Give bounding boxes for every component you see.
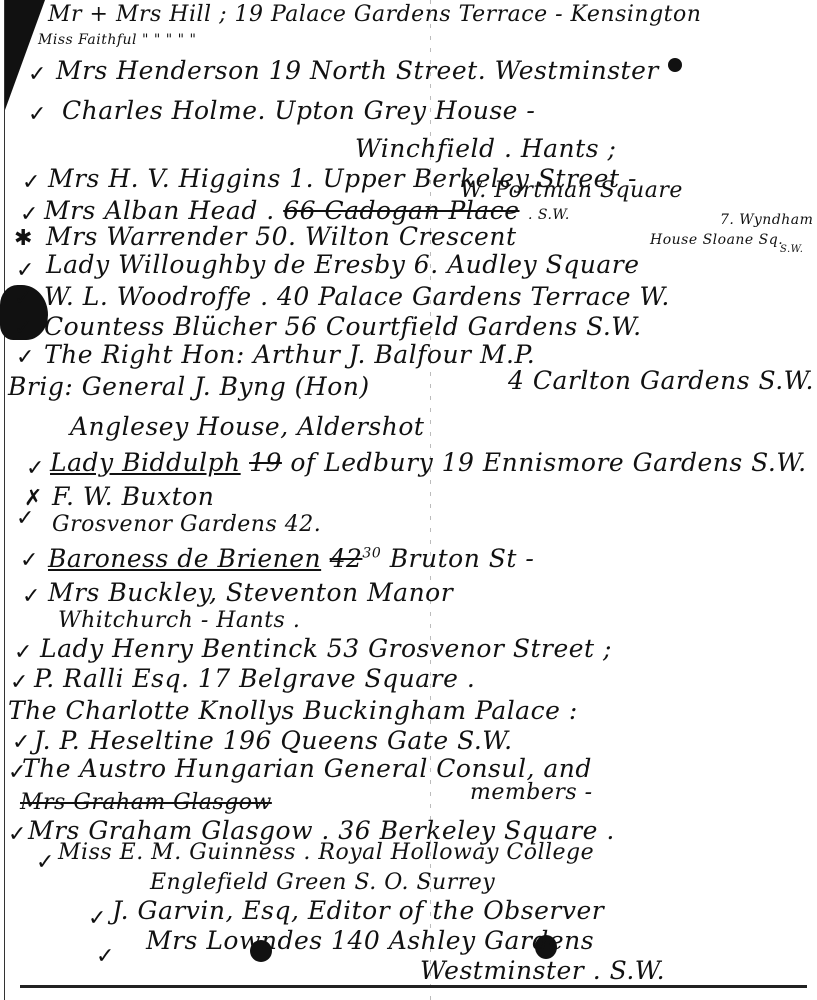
page-bottom-edge [20,985,807,988]
entry-text: Grosvenor Gardens 42. [52,512,321,537]
entry-address: 4 Carlton Gardens S.W. [508,366,814,395]
entry-11: The Right Hon: Arthur J. Balfour M.P. [44,340,535,369]
entry-text: F. W. Buxton [52,482,214,511]
check-mark: ✓ [26,456,44,481]
entry-12-aside: 4 Carlton Gardens S.W. [508,366,814,395]
check-mark: ✓ [20,202,38,227]
scanned-page: Mr + Mrs Hill ; 19 Palace Gardens Terrac… [0,0,817,1000]
entry-7-aside: House Sloane Sq. [650,232,783,248]
entry-10: Countess Blücher 56 Courtfield Gardens S… [44,312,642,341]
entry-31: Westminster . S.W. [420,956,665,985]
check-mark: ✓ [22,584,40,609]
check-mark: ✓ [14,640,32,665]
superscript: 30 [362,546,381,562]
check-mark: ✓ [36,850,54,875]
check-mark: ✓ [20,548,38,573]
entry-text: Mrs Lowndes 140 Ashley Gardens [146,926,594,955]
check-mark: ✓ [14,286,32,311]
entry-16: Grosvenor Gardens 42. [52,512,321,537]
entry-text: Mrs Warrender 50. Wilton Crescent [46,222,517,251]
entry-correction: 7. Wyndham [720,212,813,228]
entry-text: Mrs Alban Head . [44,196,275,225]
entry-suffix: . S.W. [528,207,570,223]
entry-4: Winchfield . Hants ; [355,134,616,163]
entry-21: P. Ralli Esq. 17 Belgrave Square . [34,664,475,693]
torn-corner-shadow [5,0,45,110]
entry-17: Baroness de Brienen 4230 Bruton St - [48,544,534,573]
entry-text: Winchfield . Hants ; [355,134,616,163]
entry-text: The Charlotte Knollys Buckingham Palace … [8,696,578,725]
entry-30: Mrs Lowndes 140 Ashley Gardens [146,926,594,955]
entry-14: Lady Biddulph 19 of Ledbury 19 Ennismore… [50,448,807,477]
entry-text: Lady Biddulph [50,448,241,477]
entry-0: Mr + Mrs Hill ; 19 Palace Gardens Terrac… [48,2,701,27]
entry-22: The Charlotte Knollys Buckingham Palace … [8,696,578,725]
struck-text: 19 [249,448,282,477]
entry-2: Mrs Henderson 19 North Street. Westminst… [56,56,659,85]
entry-text: P. Ralli Esq. 17 Belgrave Square . [34,664,475,693]
entry-25-aside: members - [470,780,593,805]
entry-15: F. W. Buxton [52,482,214,511]
check-mark: ✓ [10,670,28,695]
entry-suffix: Bruton St - [390,544,535,573]
entry-text: W. L. Woodroffe . 40 Palace Gardens Terr… [44,282,670,311]
entry-23: J. P. Heseltine 196 Queens Gate S.W. [34,726,513,755]
entry-7-aside-above: 7. Wyndham [720,212,813,228]
entry-text: Miss Faithful " " " " " [38,32,197,48]
entry-text: Brig: General J. Byng (Hon) [8,372,370,401]
entry-text: Mrs Henderson 19 North Street. Westminst… [56,56,659,85]
entry-8: Lady Willoughby de Eresby 6. Audley Squa… [46,250,640,279]
check-mark: ✓ [96,944,114,969]
entry-text: Mrs Buckley, Steventon Manor [48,578,453,607]
entry-text: Anglesey House, Aldershot [70,412,424,441]
entry-text: J. P. Heseltine 196 Queens Gate S.W. [34,726,513,755]
check-mark: ✓ [8,822,26,847]
superscript: S.W. [780,244,803,255]
entry-25: Mrs Graham Glasgow [20,790,272,815]
page-left-edge [4,0,5,1000]
entry-24: The Austro Hungarian General Consul, and [22,754,592,783]
check-mark: ✓ [28,62,46,87]
entry-correction: House Sloane Sq. [650,232,783,248]
entry-text: Baroness de Brienen [48,544,321,573]
check-mark: ✓ [16,506,34,531]
entry-7: Mrs Warrender 50. Wilton Crescent [46,222,517,251]
check-mark: ✓ [22,170,40,195]
entry-13: Anglesey House, Aldershot [70,412,424,441]
entry-29: J. Garvin, Esq, Editor of the Observer [112,896,604,925]
entry-text: Charles Holme. Upton Grey House - [62,96,535,125]
entry-text: Englefield Green S. O. Surrey [150,870,495,895]
struck-text: 66 Cadogan Place [283,196,519,225]
check-mark: ✓ [14,316,32,341]
check-mark: ✓ [12,730,30,755]
entry-text: members - [470,780,593,805]
entry-9: W. L. Woodroffe . 40 Palace Gardens Terr… [44,282,670,311]
check-mark: ✓ [16,258,34,283]
check-mark: ✓ [88,906,106,931]
entry-text: Countess Blücher 56 Courtfield Gardens S… [44,312,642,341]
struck-text: Mrs Graham Glasgow [20,790,272,815]
entry-8-super: S.W. [780,244,803,255]
entry-text: Westminster . S.W. [420,956,665,985]
entry-text: Lady Henry Bentinck 53 Grosvenor Street … [40,634,612,663]
ink-blot-3 [668,58,682,72]
entry-3: Charles Holme. Upton Grey House - [62,96,535,125]
entry-text: The Austro Hungarian General Consul, and [22,754,592,783]
entry-suffix: of Ledbury 19 Ennismore Gardens S.W. [290,448,806,477]
entry-20: Lady Henry Bentinck 53 Grosvenor Street … [40,634,612,663]
entry-text: Miss E. M. Guinness . Royal Holloway Col… [58,840,594,865]
entry-28: Englefield Green S. O. Surrey [150,870,495,895]
entry-19: Whitchurch - Hants . [58,608,300,633]
entry-6: Mrs Alban Head . 66 Cadogan Place . S.W. [44,196,570,225]
entry-text: Lady Willoughby de Eresby 6. Audley Squa… [46,250,640,279]
entry-27: Miss E. M. Guinness . Royal Holloway Col… [58,840,594,865]
entry-text: Mr + Mrs Hill ; 19 Palace Gardens Terrac… [48,2,701,27]
check-mark: ✓ [16,345,34,370]
struck-text: 42 [330,544,363,573]
asterisk-mark: ✱ [14,226,32,251]
entry-text: The Right Hon: Arthur J. Balfour M.P. [44,340,535,369]
entry-18: Mrs Buckley, Steventon Manor [48,578,453,607]
entry-12: Brig: General J. Byng (Hon) [8,372,370,401]
check-mark: ✓ [28,102,46,127]
entry-text: Whitchurch - Hants . [58,608,300,633]
entry-1: Miss Faithful " " " " " [38,32,197,48]
entry-text: J. Garvin, Esq, Editor of the Observer [112,896,604,925]
